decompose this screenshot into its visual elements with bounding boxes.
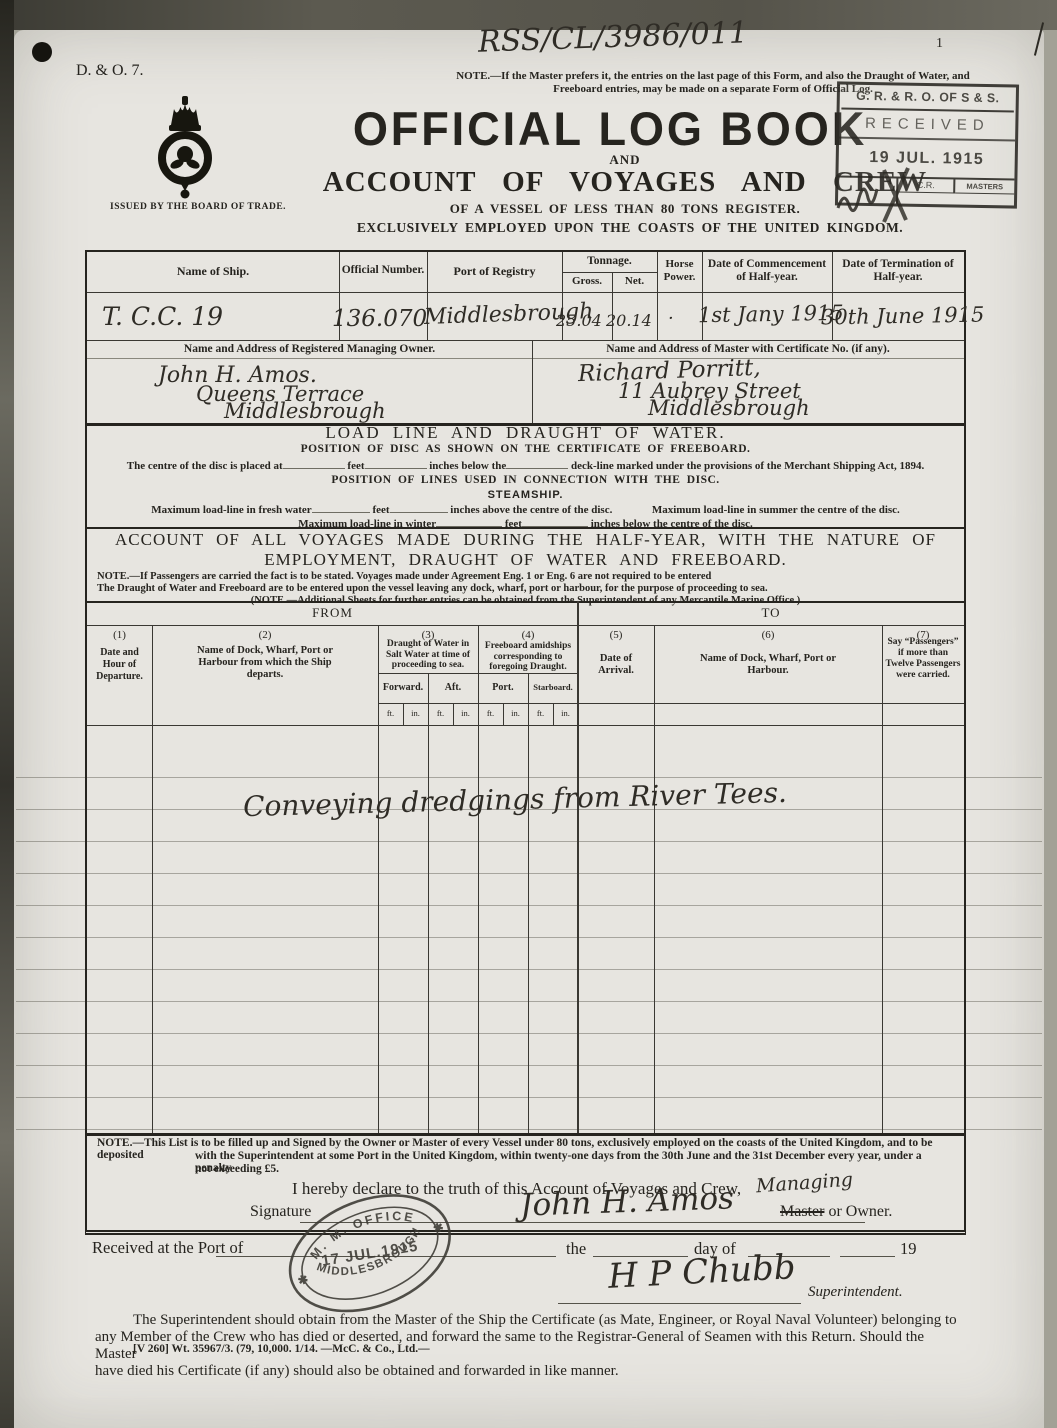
disc-c: inches below the [429, 460, 506, 472]
main-title: OFFICIAL LOG BOOK [308, 101, 913, 156]
col3-sub-aft: Aft. [428, 682, 478, 693]
disc-b: feet [347, 460, 364, 472]
owner-address-line2: Middlesbrough [224, 399, 386, 423]
ft-label: ft. [528, 708, 553, 718]
to-header: TO [578, 605, 964, 621]
disc-d: deck-line marked under the provisions of… [571, 460, 924, 472]
col4-sub-starboard: Starboard. [528, 682, 578, 692]
col1-number: (1) [87, 629, 152, 641]
col1-label: Date and Hour of Departure. [89, 647, 150, 683]
ft-label: ft. [478, 708, 503, 718]
superintendent-para-line1: The Superintendent should obtain from th… [95, 1312, 967, 1329]
col2-label: Name of Dock, Wharf, Port or Harbour fro… [182, 645, 348, 681]
disc-a: The centre of the disc is placed at [127, 460, 283, 472]
oval-stamp-star-right: ✱ [431, 1220, 445, 1237]
header-name-of-ship: Name of Ship. [87, 264, 339, 279]
disc-placement-line: The centre of the disc is placed at feet… [87, 459, 964, 472]
col7-label: Say “Passengers” if more than Twelve Pas… [885, 637, 961, 681]
top-note-line1: NOTE.—If the Master prefers it, the entr… [368, 70, 1057, 83]
or-owner-label: or Owner. [828, 1203, 892, 1220]
print-code: [V 260] Wt. 35967/3. (79, 10,000. 1/14. … [133, 1343, 430, 1355]
value-horse-power: · [668, 308, 674, 329]
master-label-struck: Master [780, 1203, 824, 1220]
value-termination: 30th June 1915 [821, 303, 985, 330]
superintendent-para-line3: have died his Certificate (if any) shoul… [95, 1363, 967, 1380]
form-code: D. & O. 7. [76, 62, 144, 80]
received-at-label: Received at the Port of [92, 1238, 243, 1258]
received-stamp-office-line: G. R. & R. O. OF S & S. [841, 85, 1014, 113]
year-19-label: 19 [900, 1239, 917, 1259]
voyages-note2: The Draught of Water and Freeboard are t… [97, 583, 957, 594]
page-number: 1 [936, 36, 943, 52]
received-stamp-received-label: RECEIVED [839, 109, 1015, 141]
voyages-note1: NOTE.—If Passengers are carried the fact… [97, 571, 957, 582]
header-horse-power: Horse Power. [659, 258, 700, 284]
header-termination: Date of Termination of Half-year. [837, 258, 959, 284]
col2-number: (2) [152, 629, 378, 641]
fresh-c: inches above the centre of the disc. [450, 504, 612, 516]
in-label: in. [403, 708, 428, 718]
master-or-owner-label: Master or Owner. [780, 1203, 892, 1221]
scan-edge-left [0, 0, 14, 1428]
received-stamp-masters-cell: MASTERS [955, 180, 1014, 195]
header-master-certificate: Name and Address of Master with Certific… [532, 343, 964, 355]
in-label: in. [453, 708, 478, 718]
value-tonnage-net: 20.14 [606, 311, 652, 330]
header-tonnage: Tonnage. [562, 255, 657, 267]
value-tonnage-gross: 25.04 [556, 311, 602, 330]
issued-by-label: ISSUED BY THE BOARD OF TRADE. [110, 202, 286, 212]
steamship-label: STEAMSHIP. [87, 489, 964, 501]
voyages-heading-line2: EMPLOYMENT, DRAUGHT OF WATER AND FREEBOA… [87, 550, 964, 570]
fresh-a: Maximum load-line in fresh water [151, 504, 312, 516]
voyages-heading-line1: ACCOUNT OF ALL VOYAGES MADE DURING THE H… [87, 530, 964, 550]
punch-hole [32, 42, 52, 62]
ft-label: ft. [428, 708, 453, 718]
position-of-disc-line: POSITION OF DISC AS SHOWN ON THE CERTIFI… [87, 443, 964, 455]
board-of-trade-crest-icon [150, 96, 220, 200]
col4-number: (4) [478, 629, 578, 641]
pen-scribbles [832, 150, 942, 230]
col6-number: (6) [654, 629, 882, 641]
superintendent-label: Superintendent. [808, 1284, 903, 1301]
declaration-note-line3: not exceeding £5. [195, 1163, 595, 1175]
voyages-table: FROM TO (1) (2) (3) (4) (5) (6) (7) Date… [85, 601, 966, 1136]
in-label: in. [553, 708, 578, 718]
value-ship-name: T. C.C. 19 [102, 302, 223, 331]
declaration-signature-handwritten: John H. Amos [519, 1180, 734, 1223]
header-official-number: Official Number. [339, 264, 427, 276]
col4-label: Freeboard amidships corresponding to for… [483, 641, 573, 673]
header-commencement: Date of Commencement of Half-year. [707, 258, 827, 284]
load-line-title: LOAD LINE AND DRAUGHT OF WATER. [87, 423, 964, 443]
summer-label: Maximum load-line in summer the centre o… [652, 504, 900, 516]
col6-label: Name of Dock, Wharf, Port or Harbour. [684, 653, 852, 677]
header-gross: Gross. [562, 275, 612, 287]
col3-label: Draught of Water in Salt Water at time o… [383, 639, 473, 671]
from-header: FROM [87, 605, 578, 621]
col3-sub-forward: Forward. [378, 682, 428, 693]
the-label: the [566, 1239, 586, 1259]
header-port-of-registry: Port of Registry [427, 264, 562, 279]
position-of-lines-line: POSITION OF LINES USED IN CONNECTION WIT… [87, 474, 964, 486]
value-official-number: 136.070 [332, 306, 427, 332]
master-address-line2: Middlesbrough [648, 396, 810, 420]
header-net: Net. [612, 275, 657, 287]
fresh-b: feet [372, 504, 389, 516]
col5-number: (5) [578, 629, 654, 641]
scanned-log-book-page: RSS/CL/3986/011 1 D. & O. 7. NOTE.—If th… [0, 0, 1057, 1428]
col5-label: Date of Arrival. [586, 653, 646, 677]
load-line-section: LOAD LINE AND DRAUGHT OF WATER. POSITION… [85, 421, 966, 529]
ft-label: ft. [378, 708, 403, 718]
in-label: in. [503, 708, 528, 718]
fresh-water-line: Maximum load-line in fresh water feet in… [87, 503, 964, 516]
col4-sub-port: Port. [478, 682, 528, 693]
voyages-heading-section: ACCOUNT OF ALL VOYAGES MADE DURING THE H… [85, 527, 966, 603]
header-managing-owner: Name and Address of Registered Managing … [87, 343, 532, 355]
